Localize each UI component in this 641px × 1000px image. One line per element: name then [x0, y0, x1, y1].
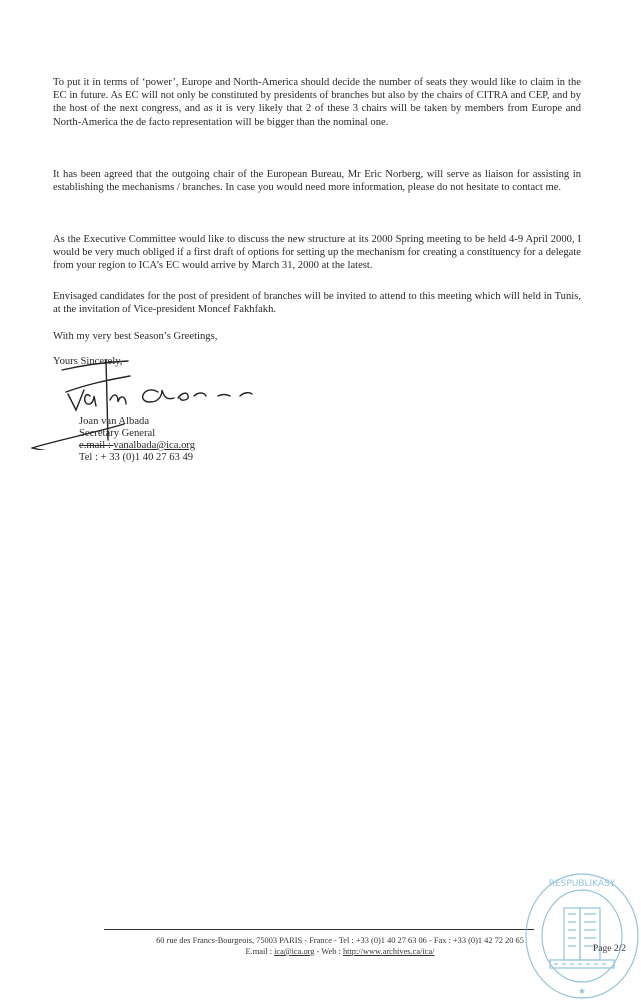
handwritten-signature: [28, 340, 328, 450]
svg-text:★: ★: [578, 987, 586, 997]
email-link[interactable]: vanalbada@ica.org: [113, 440, 195, 451]
page-number: Page 2/2: [593, 944, 626, 954]
footer-email-link[interactable]: ica@ica.org: [274, 947, 314, 956]
paragraph-power: To put it in terms of ‘power’, Europe an…: [53, 76, 581, 129]
signatory-phone: Tel : + 33 (0)1 40 27 63 49: [79, 451, 193, 464]
footer-contact: E.mail : ica@ica.org - Web : http://www.…: [100, 946, 580, 957]
footer-web-link[interactable]: http://www.archives.ca/ica/: [343, 947, 435, 956]
footer-web-label: - Web :: [314, 947, 342, 956]
footer-divider: [104, 929, 534, 930]
archive-stamp-icon: RESPUBLIKASY ★: [524, 872, 641, 1000]
email-label: e.mail :: [79, 440, 113, 451]
paragraph-candidates: Envisaged candidates for the post of pre…: [53, 290, 581, 316]
paragraph-executive-committee: As the Executive Committee would like to…: [53, 233, 581, 273]
footer-address: 60 rue des Francs-Bourgeois, 75003 PARIS…: [100, 935, 580, 946]
svg-text:RESPUBLIKASY: RESPUBLIKASY: [549, 879, 616, 889]
footer-email-label: E.mail :: [246, 947, 275, 956]
paragraph-liaison: It has been agreed that the outgoing cha…: [53, 168, 581, 194]
